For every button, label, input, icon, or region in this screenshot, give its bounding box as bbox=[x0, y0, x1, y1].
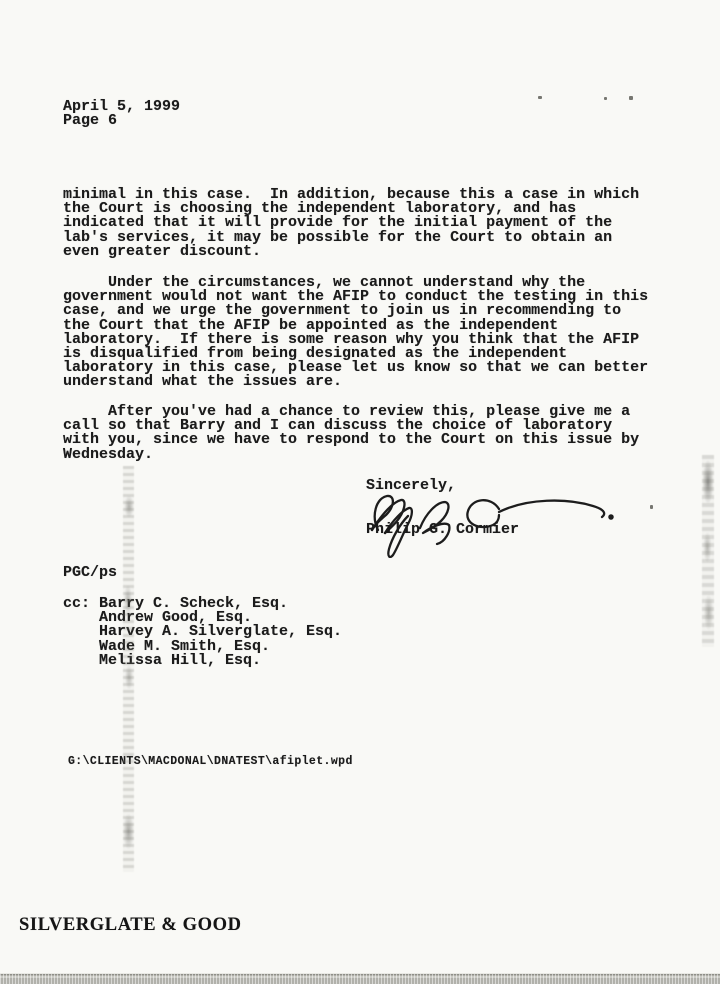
cc-name: Melissa Hill, Esq. bbox=[99, 654, 342, 668]
scan-artifact-speck bbox=[629, 96, 633, 100]
body-paragraph-1: minimal in this case. In addition, becau… bbox=[63, 188, 639, 259]
signature-typed-name: Philip G. Cormier bbox=[366, 523, 519, 537]
scan-artifact-speck bbox=[538, 96, 542, 99]
scan-artifact-speck bbox=[604, 97, 607, 100]
scanned-letter-page: April 5, 1999 Page 6 minimal in this cas… bbox=[0, 0, 720, 984]
body-paragraph-3: After you've had a chance to review this… bbox=[63, 405, 639, 462]
page-number-line: Page 6 bbox=[63, 114, 180, 128]
scan-artifact-streak-left bbox=[123, 466, 134, 872]
letter-header: April 5, 1999 Page 6 bbox=[63, 100, 180, 128]
scan-edge-strip bbox=[0, 973, 720, 984]
body-paragraph-2: Under the circumstances, we cannot under… bbox=[63, 276, 648, 390]
scan-artifact-streak-right bbox=[702, 455, 714, 647]
typist-initials: PGC/ps bbox=[63, 566, 117, 580]
cc-list: Barry C. Scheck, Esq. Andrew Good, Esq. … bbox=[99, 597, 342, 668]
cc-label: cc: bbox=[63, 597, 99, 611]
scan-artifact-speck bbox=[650, 505, 653, 509]
cc-block: cc: Barry C. Scheck, Esq. Andrew Good, E… bbox=[63, 597, 342, 668]
document-file-path: G:\CLIENTS\MACDONAL\DNATEST\afiplet.wpd bbox=[68, 755, 353, 768]
firm-name-footer: SILVERGLATE & GOOD bbox=[19, 915, 242, 936]
